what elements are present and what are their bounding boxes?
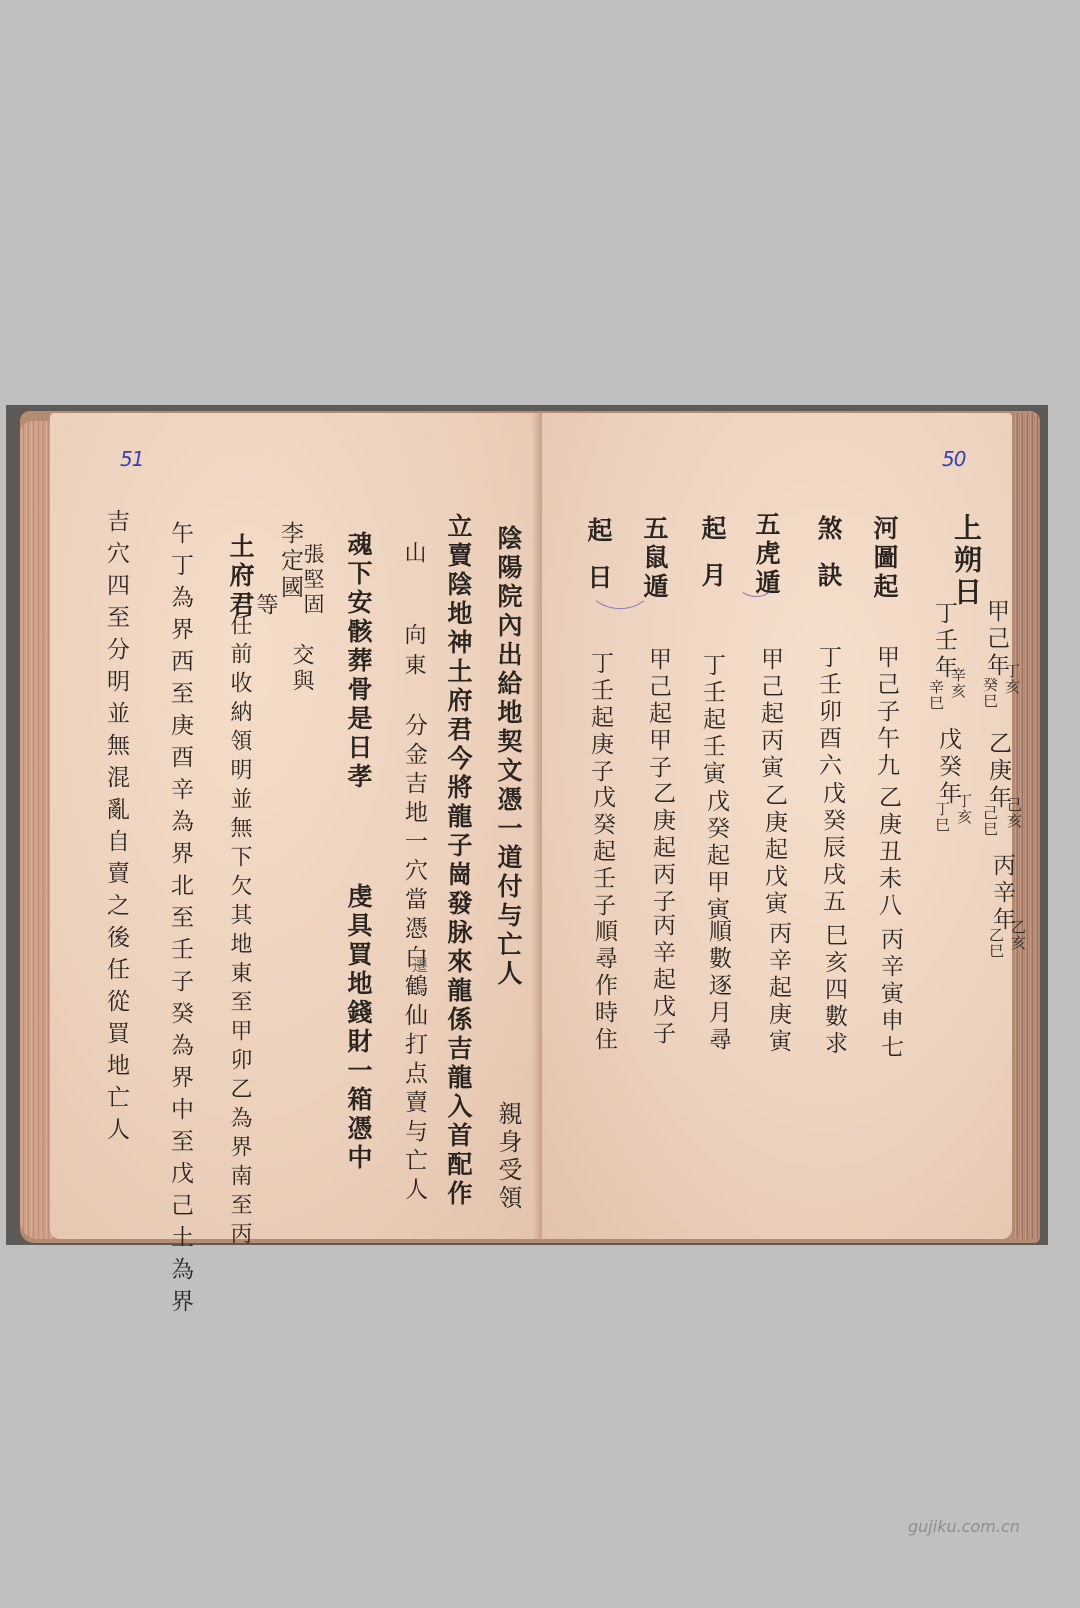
left-page: 51 陰陽院內出給地契文憑一道付与亡人 親身受領 立賣陰地神土府君今將龍子崗發脉… bbox=[50, 413, 542, 1239]
correction-insert: 遷 bbox=[412, 953, 428, 976]
column-hand-over: 交與 bbox=[290, 643, 312, 695]
note-ji-hai: 己亥 bbox=[1006, 797, 1021, 829]
heading-qi-ri: 起日 bbox=[586, 517, 611, 611]
column-land-deed-title: 陰陽院內出給地契文憑一道付与亡人 bbox=[496, 525, 521, 989]
line-wu-gui-qi-ren-zi: 戊癸起壬子 bbox=[590, 785, 613, 920]
line-jia-ji-qi-bing-yin: 甲己起丙寅 bbox=[758, 647, 781, 782]
line-bing-xin-qi-wu-zi: 丙辛起戊子 bbox=[650, 913, 673, 1048]
note-xin-hai: 辛亥 bbox=[950, 667, 965, 699]
line-wu-gui-qi-jia-yin: 戊癸起甲寅 bbox=[704, 789, 727, 924]
site-watermark: gujiku.com.cn bbox=[908, 1517, 1020, 1536]
pencil-mark bbox=[738, 571, 774, 597]
line-si-hai-four: 巳亥四數求 bbox=[822, 923, 845, 1058]
column-burial: 魂下安骸葬骨是日孝 bbox=[346, 531, 371, 792]
column-four-boundaries-clear: 吉穴四至分明並無混亂自賣之後任從買地亡人 bbox=[104, 509, 127, 1149]
page-number-left: 51 bbox=[120, 447, 143, 471]
line-bing-xin-yin-shen-seven: 丙辛寅申七 bbox=[878, 927, 901, 1062]
note-yi-si: 乙巳 bbox=[988, 927, 1003, 959]
line-shun-shu-zhu-yue-xun: 順數逐月尋 bbox=[706, 919, 729, 1054]
left-page-edges bbox=[20, 421, 54, 1239]
book-scan: 51 陰陽院內出給地契文憑一道付与亡人 親身受領 立賣陰地神土府君今將龍子崗發脉… bbox=[6, 405, 1048, 1245]
line-yi-geng-chou-wei-eight: 乙庚丑未八 bbox=[876, 785, 899, 920]
note-gui-si: 癸巳 bbox=[982, 677, 997, 709]
heading-he-tu-qi: 河圖起 bbox=[872, 515, 897, 602]
open-book: 51 陰陽院內出給地契文憑一道付与亡人 親身受領 立賣陰地神土府君今將龍子崗發脉… bbox=[20, 411, 1040, 1243]
note-ji-si: 己巳 bbox=[982, 805, 997, 837]
heading-qi-yue: 起月 bbox=[700, 515, 725, 609]
line-ding-ren-mao-you-six: 丁壬卯酉六 bbox=[816, 645, 839, 780]
line-bing-xin-qi-geng-yin: 丙辛起庚寅 bbox=[766, 921, 789, 1056]
column-seller-text: 立賣陰地神土府君今將龍子崗發脉來龍係吉龍入首配作 bbox=[446, 513, 471, 1209]
page-number-right: 50 bbox=[942, 447, 965, 471]
line-ding-ren-qi-ren-yin: 丁壬起壬寅 bbox=[700, 653, 723, 788]
line-jia-ji-zi-wu-nine: 甲己子午九 bbox=[874, 645, 897, 780]
line-ding-ren-qi-geng-zi: 丁壬起庚子 bbox=[588, 651, 611, 786]
line-yi-geng-qi-wu-yin: 乙庚起戊寅 bbox=[762, 783, 785, 918]
column-etc: 等 bbox=[254, 593, 276, 619]
line-yi-geng-qi-bing-zi: 乙庚起丙子 bbox=[650, 781, 673, 916]
note-ding-hai: 丁亥 bbox=[1004, 663, 1019, 695]
note-yi-hai: 乙亥 bbox=[1010, 919, 1025, 951]
line-shun-xun-zuo-shi-zhu: 順尋作時住 bbox=[592, 919, 615, 1054]
line-wu-gui-chen-xu-five: 戊癸辰戌五 bbox=[820, 781, 843, 916]
column-mountain: 山 bbox=[402, 541, 424, 567]
heading-sha-jue: 煞訣 bbox=[816, 515, 841, 609]
column-purchase-money: 虔具買地錢財一箱憑中 bbox=[346, 883, 371, 1173]
column-west-north-boundary: 午丁為界西至庚酉辛為界北至壬子癸為界中至戊己土為界 bbox=[168, 521, 191, 1321]
column-east-boundary: 任前收納領明並無下欠其地東至甲卯乙為界南至丙 bbox=[228, 613, 250, 1251]
note-ding-si: 丁巳 bbox=[934, 801, 949, 833]
witness-li-dingguo: 李定國 bbox=[278, 521, 301, 602]
note-ding-hai-2: 丁亥 bbox=[956, 793, 971, 825]
column-earth-lord: 土府君 bbox=[228, 533, 253, 620]
note-xin-si: 辛巳 bbox=[928, 679, 943, 711]
right-page: 50 上朔日 甲己年 癸巳 丁亥 乙庚年 己巳 己亥 丙辛年 乙巳 乙亥 丁壬年… bbox=[542, 413, 1012, 1239]
column-facing-east: 向東 bbox=[402, 623, 424, 683]
column-received-in-person: 親身受領 bbox=[496, 1101, 520, 1213]
line-jia-ji-qi-jia-zi: 甲己起甲子 bbox=[646, 647, 669, 782]
witness-zhang-jiangu: 張堅固 bbox=[302, 543, 323, 618]
heading-shang-shuo-ri: 上朔日 bbox=[952, 513, 980, 609]
